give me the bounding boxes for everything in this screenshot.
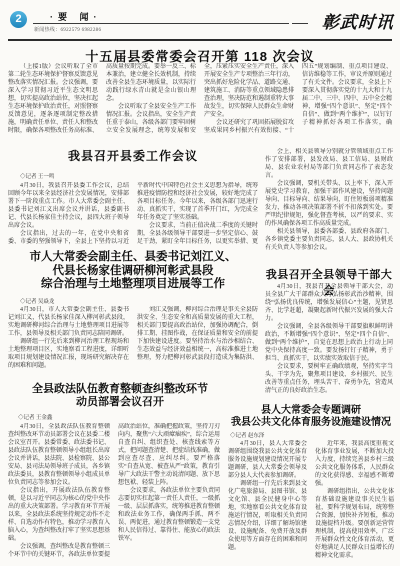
paragraph: 会议强调，要机关带头、以上率下，深入开展党史学习教育，加强干部作风建设，坚持问题… xyxy=(265,180,393,228)
paragraph: 会议指出，开展政法队伍教育整顿，是以习近平同志为核心的党中央作出的重大决策部署。… xyxy=(8,487,110,543)
paragraph: 4月30日，我县召开县委工作会议，总结回顾今年以来全县经济社会发展情况，安排部署… xyxy=(8,182,129,230)
headline-line: 市人大常委会副主任、县委书记刘江义、 xyxy=(8,251,258,265)
body-standing-committee: （上接1版）会议听取了全市第二轮生态环境保护督察反馈意见整改落实情况汇报。会议强… xyxy=(8,63,392,138)
paragraph: 相关县领导，县委各部委、县政府各部门、各乡镇党委主要负责同志，县人大、县政协机关… xyxy=(265,228,393,252)
section-label: ·要 闻· xyxy=(50,10,102,23)
byline-political-legal-rectification: ◇记者 王金鑫 xyxy=(18,413,52,421)
paragraph: 会上，相关县领导分别就分管领域重点工作作了安排部署，县发改局、县工信局、县财政局… xyxy=(265,148,393,180)
header-divider-line xyxy=(33,23,289,24)
masthead-title: 彰武时讯 xyxy=(307,8,395,33)
headline-culture-sports-research: 县人大常委会专题调研 我县公共文化体育服务设施建设情况 xyxy=(228,405,394,428)
paragraph: 调研组一行先后来到柳河治理工程现场和土地整理项目区，实地察看工程进度，详细听取项… xyxy=(8,338,129,370)
body-political-legal-rectification: 4月30日，全县政法队伍教育整顿查纠整改环节动员部署会议在县委二楼会议室召开。县… xyxy=(8,423,220,562)
paragraph: 4月30日，市人大常委会副主任、县委书记刘江义，代县长杨家佳深入柳河彰武县段，实… xyxy=(8,306,129,338)
paragraph: 刘江义强调，柳河综合治理是事关全县防洪安全、生态安全和高质量发展的重大工程，相关… xyxy=(137,306,258,376)
page-number-badge: 2 xyxy=(10,11,27,28)
byline-county-work-meeting: ◇记者 王一鸣 xyxy=(20,172,54,180)
paragraph: 调研组指出，公共文化体育基础设施建设事关民生福祉，要科学规划布局，统筹整合资源，… xyxy=(315,488,394,560)
news-hotline: 新闻热线：6922579 6982286 xyxy=(34,26,101,33)
paragraph: 4月30日，我县召开全县领导干部大会，动员全县广大干部群众大力弘扬彰武治沙精神，… xyxy=(265,283,393,323)
headline-line: 动员部署会议召开 xyxy=(8,396,232,409)
paragraph: 4月30日，全县政法队伍教育整顿查纠整改环节动员部署会议在县委二楼会议室召开。县… xyxy=(8,423,110,487)
masthead-dash-line xyxy=(292,23,308,24)
paragraph: 4月30日，县人大常委会调研组围绕我县公共文化体育服务设施规划建设情况开展专题调… xyxy=(228,440,307,480)
paragraph: 会议要求，要树牢正确政绩观，坚持实字当头、干字为先，聚焦项目建设、乡村振兴、民生… xyxy=(265,363,393,395)
headline-line: 县人大常委会专题调研 xyxy=(228,405,394,417)
body-liuhe-research: 4月30日，市人大常委会副主任、县委书记刘江义，代县长杨家佳深入柳河彰武县段，实… xyxy=(8,306,258,376)
headline-political-legal-rectification: 全县政法队伍教育整顿查纠整改环节 动员部署会议召开 xyxy=(8,383,232,408)
body-culture-sports-research: 4月30日，县人大常委会调研组围绕我县公共文化体育服务设施规划建设情况开展专题调… xyxy=(228,440,394,560)
body-county-work-meeting-continuation: 会上，相关县领导分别就分管领域重点工作作了安排部署，县发改局、县工信局、县财政局… xyxy=(265,148,393,260)
headline-line: 代县长杨家佳调研柳河彰武县段 xyxy=(8,265,258,279)
headline-line: 综合治理与土地整理项目进展等工作 xyxy=(8,278,258,292)
paragraph: 近年来，我县高度重视文化体育事业发展，不断加大投入力度，持续完善县乡村三级公共文… xyxy=(315,440,394,488)
byline-liuhe-research: ◇记者 吴焱龙 xyxy=(20,297,54,305)
newspaper-page: 2 ·要 闻· 新闻热线：6922579 6982286 彰武时讯 十五届县委常… xyxy=(0,0,400,566)
paragraph: 会议要求，各政法单位主要负责同志要切实扛起第一责任人责任，一级抓一级、层层抓落实… xyxy=(118,487,220,543)
header-rule xyxy=(8,39,392,41)
paragraph: 会议强调，全县各级领导干部要旗帜鲜明讲政治，不断增强“四个意识”、坚定“四个自信… xyxy=(265,323,393,363)
paragraph: 调研组一行先后来到县文化广电旅游局、县图书馆、县文化馆、县全民健身中心等地，实地… xyxy=(228,480,307,552)
body-county-work-meeting: 4月30日，我县召开县委工作会议，总结回顾今年以来全县经济社会发展情况，安排部署… xyxy=(8,182,258,246)
byline-culture-sports-research: ◇记者 赵东泽 xyxy=(230,431,264,439)
headline-line: 我县公共文化体育服务设施建设情况 xyxy=(228,417,394,429)
body-leading-cadres-meeting: 4月30日，我县召开全县领导干部大会，动员全县广大干部群众大力弘扬彰武治沙精神，… xyxy=(265,283,393,401)
headline-liuhe-research: 市人大常委会副主任、县委书记刘江义、 代县长杨家佳调研柳河彰武县段 综合治理与土… xyxy=(8,251,258,292)
headline-county-work-meeting: 我县召开县委工作会议 xyxy=(8,147,258,164)
headline-line: 全县政法队伍教育整顿查纠整改环节 xyxy=(8,383,232,396)
